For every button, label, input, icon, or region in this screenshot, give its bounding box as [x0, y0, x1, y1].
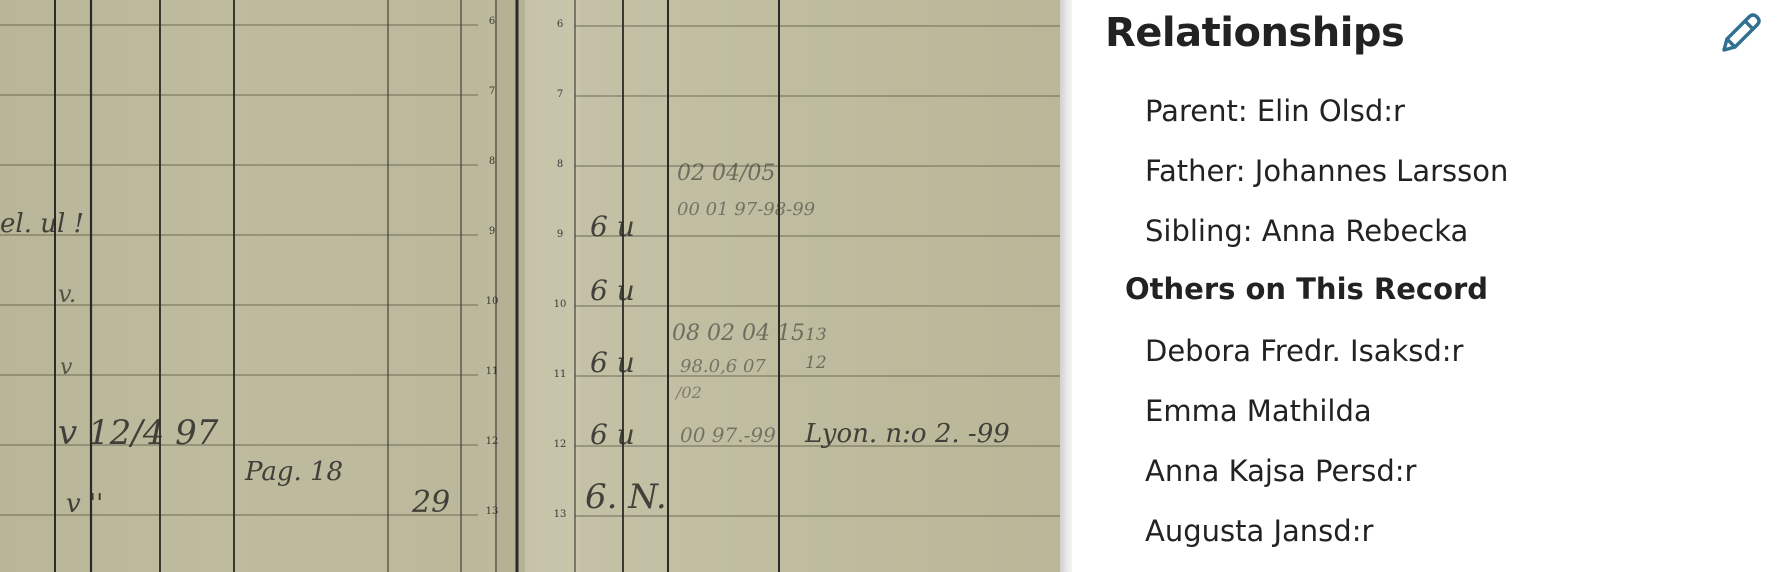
relationship-item-sibling[interactable]: Sibling: Anna Rebecka — [1145, 214, 1468, 248]
other-person-item[interactable]: Emma Mathilda — [1145, 394, 1372, 428]
svg-text:7: 7 — [489, 86, 495, 97]
svg-text:6 u: 6 u — [590, 346, 635, 379]
panel-title: Relationships — [1105, 10, 1404, 56]
record-viewer-page: 667788991010111112121313 el. ul !v.vv 12… — [0, 0, 1790, 572]
svg-text:13: 13 — [805, 325, 827, 345]
pencil-icon — [1716, 10, 1764, 56]
relationships-panel: Relationships Parent: Elin Olsd:r Father… — [1072, 0, 1790, 572]
ledger-scan-image[interactable]: 667788991010111112121313 el. ul !v.vv 12… — [0, 0, 1060, 572]
svg-text:9: 9 — [557, 229, 563, 240]
svg-text:12: 12 — [805, 353, 827, 373]
svg-text:6: 6 — [489, 16, 495, 27]
svg-text:08 02 04 15: 08 02 04 15 — [672, 321, 805, 346]
other-person-item[interactable]: Debora Fredr. Isaksd:r — [1145, 334, 1463, 368]
svg-text:8: 8 — [489, 156, 495, 167]
svg-text:11: 11 — [554, 369, 567, 380]
edit-relationships-button[interactable] — [1716, 10, 1764, 56]
svg-text:13: 13 — [554, 509, 567, 520]
svg-text:Pag. 18: Pag. 18 — [244, 457, 343, 487]
svg-text:12: 12 — [486, 436, 499, 447]
svg-text:10: 10 — [486, 296, 499, 307]
relationship-item-father[interactable]: Father: Johannes Larsson — [1145, 154, 1508, 188]
others-on-record-heading: Others on This Record — [1125, 272, 1488, 306]
svg-text:v: v — [60, 355, 73, 380]
svg-text:98.0,6 07: 98.0,6 07 — [680, 356, 766, 377]
svg-text:10: 10 — [554, 299, 567, 310]
svg-text:02 04/05: 02 04/05 — [677, 161, 775, 186]
svg-text:6. N.: 6. N. — [585, 477, 667, 517]
svg-text:7: 7 — [557, 89, 563, 100]
svg-text:6 u: 6 u — [590, 418, 635, 451]
other-person-item[interactable]: Augusta Jansd:r — [1145, 514, 1373, 548]
svg-text:11: 11 — [486, 366, 499, 377]
other-person-item[interactable]: Anna Kajsa Persd:r — [1145, 454, 1416, 488]
svg-text:v.: v. — [58, 280, 76, 308]
panel-divider — [1060, 0, 1072, 572]
svg-text:Lyon. n:o 2. -99: Lyon. n:o 2. -99 — [804, 419, 1010, 449]
relationship-item-parent[interactable]: Parent: Elin Olsd:r — [1145, 94, 1405, 128]
svg-text:00 97.-99: 00 97.-99 — [680, 423, 776, 447]
svg-text:29: 29 — [411, 485, 450, 520]
svg-text:/02: /02 — [674, 383, 702, 402]
svg-text:v 12/4 97: v 12/4 97 — [58, 413, 219, 453]
svg-text:6 u: 6 u — [590, 210, 635, 243]
svg-text:6: 6 — [557, 19, 563, 30]
svg-text:8: 8 — [557, 159, 563, 170]
svg-text:6 u: 6 u — [590, 274, 635, 307]
record-image-viewer[interactable]: 667788991010111112121313 el. ul !v.vv 12… — [0, 0, 1060, 572]
svg-text:12: 12 — [554, 439, 567, 450]
svg-text:13: 13 — [486, 506, 499, 517]
svg-text:el. ul !: el. ul ! — [0, 209, 84, 239]
svg-text:00 01 97-98-99: 00 01 97-98-99 — [677, 199, 815, 220]
svg-text:9: 9 — [489, 226, 495, 237]
svg-text:v '': v '' — [66, 489, 103, 519]
